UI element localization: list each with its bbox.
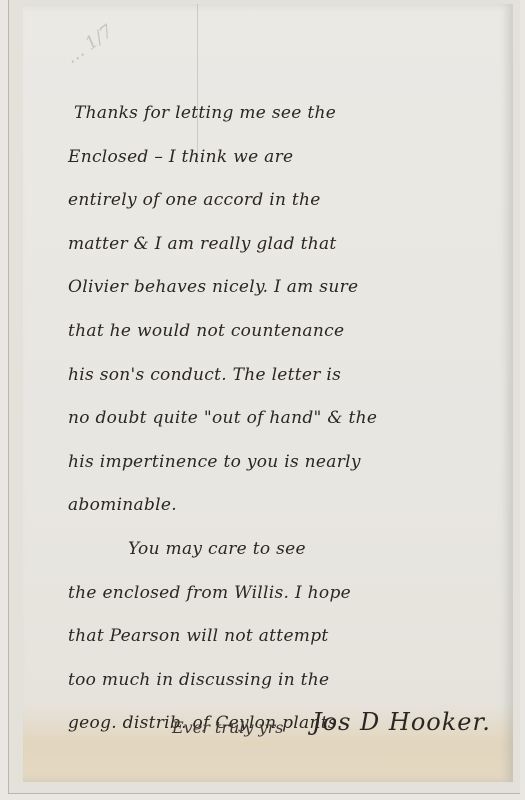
letter-line: the enclosed from Willis. I hope (68, 572, 488, 616)
letter-line: that Pearson will not attempt (68, 615, 488, 659)
letter-line: You may care to see (68, 528, 488, 572)
letter-line: entirely of one accord in the (68, 179, 488, 223)
letter-body: Thanks for letting me see the Enclosed –… (68, 92, 488, 746)
letter-line: his son's conduct. The letter is (68, 354, 488, 398)
letter-closing: Ever truly yrs (172, 718, 283, 737)
letter-line: Olivier behaves nicely. I am sure (68, 266, 488, 310)
letter-line: matter & I am really glad that (68, 223, 488, 267)
letter-line: his impertinence to you is nearly (68, 441, 488, 485)
letter-line: no doubt quite "out of hand" & the (68, 397, 488, 441)
faint-page-number: … 1/7 (62, 21, 117, 68)
signature: Jos D Hooker. (312, 708, 491, 736)
letter-line: Enclosed – I think we are (68, 136, 488, 180)
letter-line: abominable. (68, 484, 488, 528)
letter-line: that he would not countenance (68, 310, 488, 354)
letter-line: too much in discussing in the (68, 659, 488, 703)
letter-line: Thanks for letting me see the (68, 92, 488, 136)
